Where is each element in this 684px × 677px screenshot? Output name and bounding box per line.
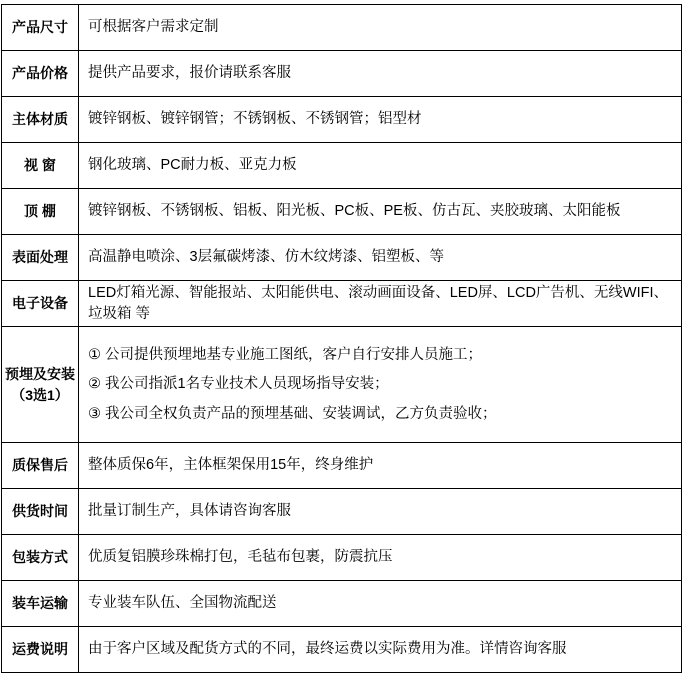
spec-value-roof: 镀锌钢板、不锈钢板、铝板、阳光板、PC板、PE板、仿古瓦、夹胶玻璃、太阳能板 xyxy=(79,189,682,235)
spec-label-installation-line1: 预埋及安装 xyxy=(4,364,76,384)
spec-value-packing-method: 优质复铝膜珍珠棉打包，毛毡布包裹，防震抗压 xyxy=(79,535,682,581)
spec-value-freight-note: 由于客户区域及配货方式的不同，最终运费以实际费用为准。详情咨询客服 xyxy=(79,627,682,673)
table-row-packing-method: 包装方式 优质复铝膜珍珠棉打包，毛毡布包裹，防震抗压 xyxy=(2,535,682,581)
spec-label-product-price: 产品价格 xyxy=(2,51,79,97)
spec-label-roof: 顶 棚 xyxy=(2,189,79,235)
spec-label-window: 视 窗 xyxy=(2,143,79,189)
table-row-installation: 预埋及安装 （3选1） ① 公司提供预埋地基专业施工图纸，客户自行安排人员施工；… xyxy=(2,327,682,443)
table-row-product-price: 产品价格 提供产品要求，报价请联系客服 xyxy=(2,51,682,97)
spec-value-surface-treatment: 高温静电喷涂、3层氟碳烤漆、仿木纹烤漆、铝塑板、等 xyxy=(79,235,682,281)
spec-label-delivery-time: 供货时间 xyxy=(2,489,79,535)
spec-label-installation-line2: （3选1） xyxy=(4,385,76,405)
spec-value-product-price: 提供产品要求，报价请联系客服 xyxy=(79,51,682,97)
spec-value-delivery-time: 批量订制生产，具体请咨询客服 xyxy=(79,489,682,535)
spec-label-installation: 预埋及安装 （3选1） xyxy=(2,327,79,443)
table-row-main-material: 主体材质 镀锌钢板、镀锌钢管；不锈钢板、不锈钢管；铝型材 xyxy=(2,97,682,143)
spec-label-main-material: 主体材质 xyxy=(2,97,79,143)
spec-label-electronic-devices: 电子设备 xyxy=(2,281,79,327)
table-row-roof: 顶 棚 镀锌钢板、不锈钢板、铝板、阳光板、PC板、PE板、仿古瓦、夹胶玻璃、太阳… xyxy=(2,189,682,235)
spec-value-window: 钢化玻璃、PC耐力板、亚克力板 xyxy=(79,143,682,189)
table-row-window: 视 窗 钢化玻璃、PC耐力板、亚克力板 xyxy=(2,143,682,189)
product-spec-table: 产品尺寸 可根据客户需求定制 产品价格 提供产品要求，报价请联系客服 主体材质 … xyxy=(1,4,682,673)
spec-value-transport: 专业装车队伍、全国物流配送 xyxy=(79,581,682,627)
table-row-delivery-time: 供货时间 批量订制生产，具体请咨询客服 xyxy=(2,489,682,535)
spec-value-installation: ① 公司提供预埋地基专业施工图纸，客户自行安排人员施工； ② 我公司指派1名专业… xyxy=(79,327,682,443)
spec-label-surface-treatment: 表面处理 xyxy=(2,235,79,281)
table-row-warranty: 质保售后 整体质保6年，主体框架保用15年，终身维护 xyxy=(2,443,682,489)
table-row-transport: 装车运输 专业装车队伍、全国物流配送 xyxy=(2,581,682,627)
table-row-product-size: 产品尺寸 可根据客户需求定制 xyxy=(2,5,682,51)
spec-label-packing-method: 包装方式 xyxy=(2,535,79,581)
table-row-electronic-devices: 电子设备 LED灯箱光源、智能报站、太阳能供电、滚动画面设备、LED屏、LCD广… xyxy=(2,281,682,327)
installation-option-3: ③ 我公司全权负责产品的预埋基础、安装调试，乙方负责验收； xyxy=(88,404,673,424)
table-row-freight-note: 运费说明 由于客户区域及配货方式的不同，最终运费以实际费用为准。详情咨询客服 xyxy=(2,627,682,673)
spec-value-warranty: 整体质保6年，主体框架保用15年，终身维护 xyxy=(79,443,682,489)
installation-option-2: ② 我公司指派1名专业技术人员现场指导安装； xyxy=(88,374,673,394)
installation-option-1: ① 公司提供预埋地基专业施工图纸，客户自行安排人员施工； xyxy=(88,345,673,365)
spec-value-product-size: 可根据客户需求定制 xyxy=(79,5,682,51)
spec-label-product-size: 产品尺寸 xyxy=(2,5,79,51)
spec-label-warranty: 质保售后 xyxy=(2,443,79,489)
table-row-surface-treatment: 表面处理 高温静电喷涂、3层氟碳烤漆、仿木纹烤漆、铝塑板、等 xyxy=(2,235,682,281)
spec-label-freight-note: 运费说明 xyxy=(2,627,79,673)
spec-value-electronic-devices: LED灯箱光源、智能报站、太阳能供电、滚动画面设备、LED屏、LCD广告机、无线… xyxy=(79,281,682,327)
spec-value-main-material: 镀锌钢板、镀锌钢管；不锈钢板、不锈钢管；铝型材 xyxy=(79,97,682,143)
spec-label-transport: 装车运输 xyxy=(2,581,79,627)
